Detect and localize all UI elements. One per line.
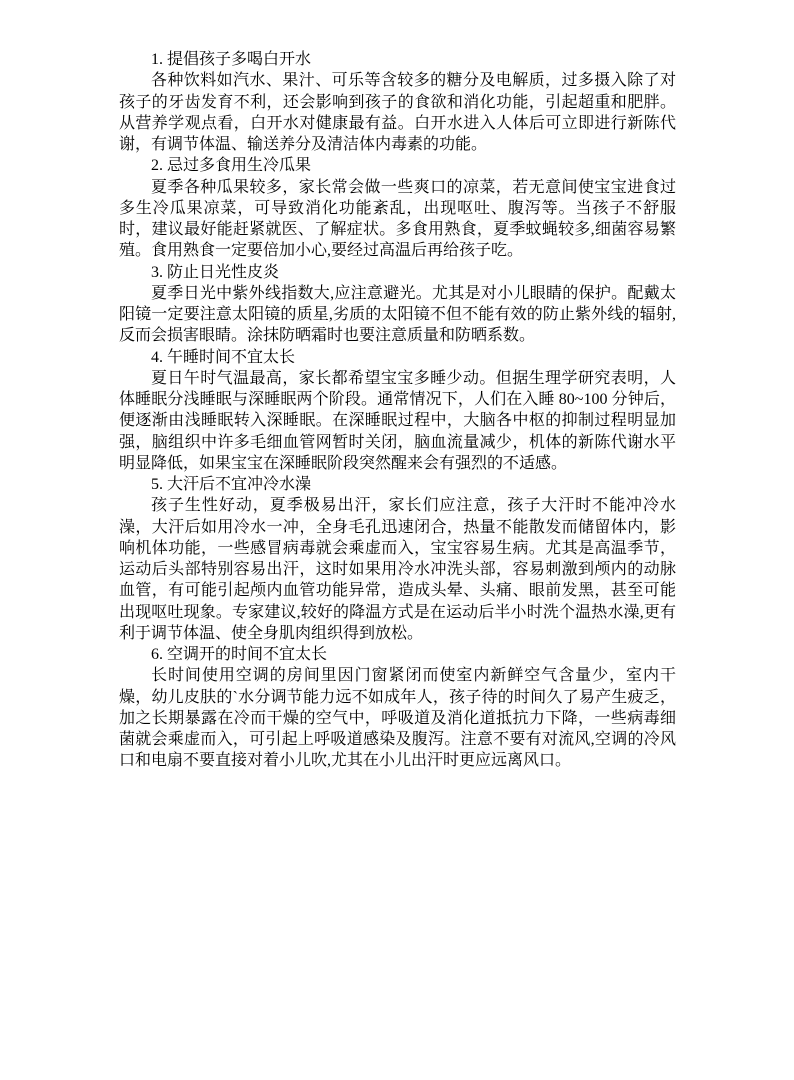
section-4: 4. 午睡时间不宜太长 夏日午时气温最高，家长都希望宝宝多睡少动。但据生理学研究…	[119, 347, 676, 475]
document-text-block: 1. 提倡孩子多喝白开水 各种饮料如汽水、果汁、可乐等含较多的糖分及电解质，过多…	[119, 49, 676, 772]
section-5-body: 孩子生性好动，夏季极易出汗，家长们应注意，孩子大汗时不能冲冷水澡，大汗后如用冷水…	[119, 495, 676, 644]
document-page: 1. 提倡孩子多喝白开水 各种饮料如汽水、果汁、可乐等含较多的糖分及电解质，过多…	[0, 0, 794, 1080]
section-5-heading: 5. 大汗后不宜冲冷水澡	[119, 474, 676, 495]
section-4-body: 夏日午时气温最高，家长都希望宝宝多睡少动。但据生理学研究表明，人体睡眠分浅睡眠与…	[119, 368, 676, 474]
section-6-body: 长时间使用空调的房间里因门窗紧闭而使室内新鲜空气含量少，室内干燥，幼儿皮肤的`水…	[119, 665, 676, 771]
section-2-body: 夏季各种瓜果较多，家长常会做一些爽口的凉菜，若无意间使宝宝进食过多生冷瓜果凉菜，…	[119, 177, 676, 262]
section-4-heading: 4. 午睡时间不宜太长	[119, 347, 676, 368]
section-2: 2. 忌过多食用生冷瓜果 夏季各种瓜果较多，家长常会做一些爽口的凉菜，若无意间使…	[119, 155, 676, 261]
section-6-heading: 6. 空调开的时间不宜太长	[119, 644, 676, 665]
section-5: 5. 大汗后不宜冲冷水澡 孩子生性好动，夏季极易出汗，家长们应注意，孩子大汗时不…	[119, 474, 676, 644]
section-6: 6. 空调开的时间不宜太长 长时间使用空调的房间里因门窗紧闭而使室内新鲜空气含量…	[119, 644, 676, 772]
section-1: 1. 提倡孩子多喝白开水 各种饮料如汽水、果汁、可乐等含较多的糖分及电解质，过多…	[119, 49, 676, 155]
section-1-heading: 1. 提倡孩子多喝白开水	[119, 49, 676, 70]
section-3: 3. 防止日光性皮炎 夏季日光中紫外线指数大,应注意避光。尤其是对小儿眼睛的保护…	[119, 262, 676, 347]
section-1-body: 各种饮料如汽水、果汁、可乐等含较多的糖分及电解质，过多摄入除了对孩子的牙齿发育不…	[119, 70, 676, 155]
section-3-body: 夏季日光中紫外线指数大,应注意避光。尤其是对小儿眼睛的保护。配戴太阳镜一定要注意…	[119, 283, 676, 347]
section-2-heading: 2. 忌过多食用生冷瓜果	[119, 155, 676, 176]
section-3-heading: 3. 防止日光性皮炎	[119, 262, 676, 283]
